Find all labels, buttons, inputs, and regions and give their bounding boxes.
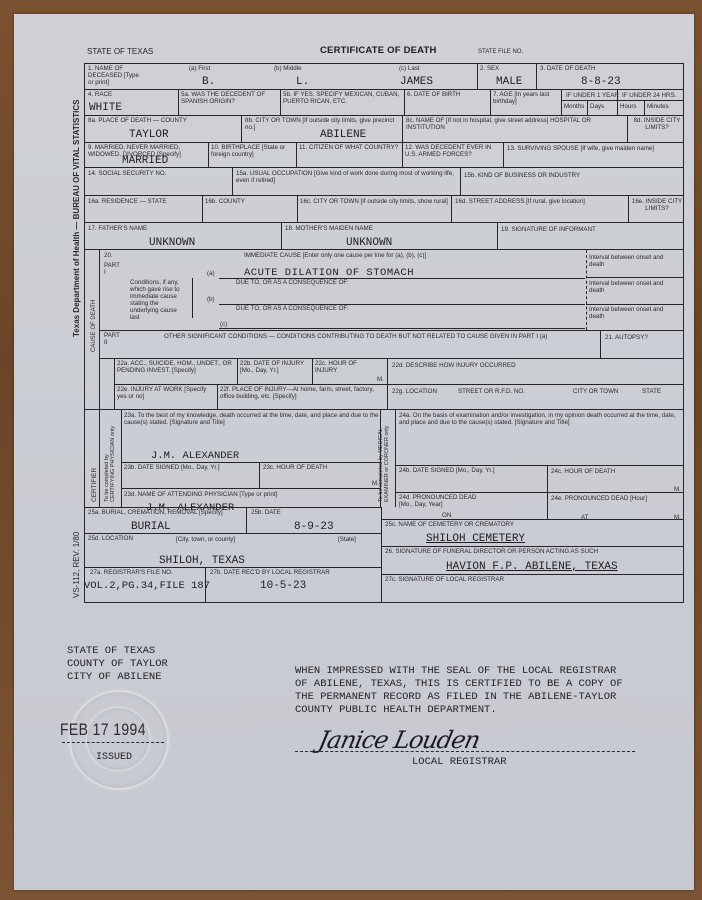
local-registrar-signature-label: 27c. SIGNATURE OF LOCAL REGISTRAR (385, 576, 504, 583)
disposition-label: 25a. BURIAL, CREMATION, REMOVAL [Specify… (88, 509, 223, 516)
under-1-year-label: IF UNDER 1 YEAR (566, 92, 619, 99)
disposition-date-label: 25b. DATE (251, 509, 281, 516)
registrar-file-no-value: VOL.2,PG.34,FILE 187 (84, 580, 210, 592)
form-revision: VS-112, REV. 1/80 (72, 532, 81, 598)
residence-city-label: 16c. CITY OR TOWN [If outside city limit… (300, 198, 448, 205)
certificate-paper: STATE OF TEXAS CERTIFICATE OF DEATH STAT… (14, 14, 694, 890)
cemetery-label: 25c. NAME OF CEMETERY OR CREMATORY (385, 521, 514, 528)
interval-label-a: Interval between onset and death (589, 254, 669, 268)
injury-hour-label: 22c. HOUR OF INJURY (315, 360, 365, 374)
part-2-label: PART II (104, 332, 122, 346)
business-label: 15b. KIND OF BUSINESS OR INDUSTRY (464, 172, 580, 179)
other-conditions-label: OTHER SIGNIFICANT CONDITIONS — CONDITION… (164, 333, 547, 340)
conditions-note: Conditions, if any, which gave rise to i… (130, 279, 188, 321)
certifier-hour-m: M. (372, 480, 379, 487)
father-name-value: UNKNOWN (149, 237, 195, 249)
disposition-date-value: 8-9-23 (294, 521, 334, 533)
page-title: CERTIFICATE OF DEATH (320, 45, 437, 56)
first-name-value: B. (202, 76, 215, 88)
immediate-cause-value: ACUTE DILATION OF STOMACH (244, 267, 414, 279)
county-value: TAYLOR (129, 129, 169, 141)
funeral-director-value: HAVION F.P. ABILENE, TEXAS (446, 561, 618, 573)
hours-label: Hours (620, 103, 637, 110)
injury-location-label: 22g. LOCATION (392, 388, 437, 395)
street-address-label: 16d. STREET ADDRESS [If rural, give loca… (455, 198, 585, 205)
last-name-value: JAMES (400, 76, 433, 88)
funeral-director-label: 26. SIGNATURE OF FUNERAL DIRECTOR OR PER… (385, 548, 598, 555)
under-24-hrs-label: IF UNDER 24 HRS. (622, 92, 676, 99)
local-registrar-label: LOCAL REGISTRAR (412, 756, 507, 769)
pronounced-on-label: ON (442, 512, 451, 519)
marital-status-value: MARRIED (122, 155, 168, 167)
ssn-label: 14. SOCIAL SECURITY NO. (88, 170, 166, 177)
location-label: 25d. LOCATION (88, 535, 133, 542)
registrar-signature: Janice Louden (316, 726, 482, 754)
location-state-hint: [State] (338, 536, 356, 543)
sex-value: MALE (496, 76, 522, 88)
state-file-no-label: STATE FILE NO. (478, 49, 523, 56)
due-to-label-1: DUE TO, OR AS A CONSEQUENCE OF: (236, 279, 349, 286)
residence-state-label: 16a. RESIDENCE — STATE (88, 198, 167, 205)
pronounced-dead-hour-label: 24e. PRONOUNCED DEAD [Hour] (551, 495, 647, 502)
disposition-value: BURIAL (131, 521, 171, 533)
autopsy-label: 21. AUTOPSY? (605, 334, 648, 341)
injury-state-label: STATE (642, 388, 661, 395)
injury-city-label: CITY OR TOWN (573, 388, 618, 395)
issued-date-underline (62, 742, 164, 743)
registrar-file-no-label: 27a. REGISTRAR'S FILE NO. (90, 569, 173, 576)
jurisdiction-county: COUNTY OF TAYLOR (67, 658, 168, 671)
injury-date-label: 22b. DATE OF INJURY [Mo., Day, Yr.] (240, 360, 310, 374)
line-a-label: (a) (207, 270, 215, 277)
certification-line-2: OF ABILENE, TEXAS, THIS IS CERTIFIED TO … (295, 678, 623, 691)
minutes-label: Minutes (647, 103, 669, 110)
certification-line-1: WHEN IMPRESSED WITH THE SEAL OF THE LOCA… (295, 665, 616, 678)
state-header: STATE OF TEXAS (87, 47, 153, 56)
mother-name-label: 18. MOTHER'S MAIDEN NAME (285, 225, 373, 232)
spanish-specify-label: 5b. IF YES, SPECIFY MEXICAN, CUBAN, PUER… (283, 91, 401, 105)
line-b-label: (b) (207, 296, 215, 303)
county-label: 8a. PLACE OF DEATH — COUNTY (88, 117, 187, 124)
location-city-hint: [City, town, or county] (176, 536, 235, 543)
jurisdiction-city: CITY OF ABILENE (67, 671, 162, 684)
certifier-hour-of-death-label: 23c. HOUR OF DEATH (263, 464, 327, 471)
first-name-label: (a) First (189, 65, 210, 72)
date-of-death-label: 3. DATE OF DEATH (540, 65, 595, 72)
spanish-origin-label: 5a. WAS THE DECEDENT OF SPANISH ORIGIN? (181, 91, 277, 105)
race-value: WHITE (89, 102, 122, 114)
pronounced-dead-date-label: 24d. PRONOUNCED DEAD [Mo., Day, Year] (399, 494, 489, 508)
armed-forces-label: 12. WAS DECEDENT EVER IN U.S. ARMED FORC… (405, 144, 501, 158)
interval-label-b: Interval between onset and death (589, 280, 669, 294)
sex-label: 2. SEX (480, 65, 499, 72)
hospital-label: 8c. NAME OF [If not in hospital, give st… (406, 117, 606, 131)
days-label: Days (590, 103, 604, 110)
informant-signature-label: 19. SIGNATURE OF INFORMANT (501, 226, 596, 233)
injury-hour-m: M. (377, 376, 384, 383)
residence-county-label: 16b. COUNTY (205, 198, 245, 205)
date-received-value: 10-5-23 (260, 580, 306, 592)
certification-line-4: COUNTY PUBLIC HEALTH DEPARTMENT. (295, 704, 497, 717)
middle-name-label: (b) Middle (274, 65, 302, 72)
injury-type-label: 22a. ACC., SUICIDE, HOM., UNDET., OR PEN… (117, 360, 235, 374)
name-label: 1. NAME OF DECEASED [Type or print] (88, 65, 143, 86)
certifier-date-signed-label: 23b. DATE SIGNED [Mo., Day, Yr.] (124, 464, 220, 471)
injury-at-work-label: 22e. INJURY AT WORK [Specify yes or no] (117, 386, 215, 400)
occupation-label: 15a. USUAL OCCUPATION [Give kind of work… (236, 170, 456, 184)
age-label: 7. AGE [In years last birthday] (493, 91, 553, 105)
citizenship-label: 11. CITIZEN OF WHAT COUNTRY? (299, 144, 399, 151)
race-label: 4. RACE (88, 91, 112, 98)
date-of-death-value: 8-8-23 (581, 76, 621, 88)
residence-inside-city-label: 16e. INSIDE CITY LIMITS? (631, 198, 683, 212)
inside-city-limits-label: 8d. INSIDE CITY LIMITS? (631, 117, 683, 131)
line-c-label: (c) (220, 321, 227, 328)
injury-place-label: 22f. PLACE OF INJURY—At home, farm, stre… (220, 386, 385, 400)
injury-street-label: STREET OR R.F.D. NO. (458, 388, 525, 395)
mother-name-value: UNKNOWN (346, 237, 392, 249)
examiner-date-signed-label: 24b. DATE SIGNED [Mo., Day, Yr.] (399, 467, 495, 474)
date-received-label: 27b. DATE REC'D BY LOCAL REGISTRAR (210, 569, 330, 576)
cemetery-value: SHILOH CEMETERY (426, 533, 525, 545)
injury-description-label: 22d. DESCRIBE HOW INJURY OCCURRED (392, 362, 516, 369)
location-value: SHILOH, TEXAS (159, 555, 245, 567)
bureau-side-text: Texas Department of Health — BUREAU OF V… (72, 99, 81, 337)
item-20-label: 20. (104, 252, 113, 259)
interval-label-c: Interval between onset and death (589, 306, 669, 320)
due-to-label-2: DUE TO, OR AS A CONSEQUENCE OF: (236, 305, 349, 312)
certification-line-3: THE PERMANENT RECORD AS FILED IN THE ABI… (295, 691, 616, 704)
city-value: ABILENE (320, 129, 366, 141)
birthplace-label: 10. BIRTHPLACE [State or foreign country… (211, 144, 293, 158)
middle-name-value: L. (296, 76, 309, 88)
certifier-statement-label: 23a. To the best of my knowledge, death … (124, 412, 379, 426)
surviving-spouse-label: 13. SURVIVING SPOUSE [If wife, give maid… (507, 145, 654, 152)
last-name-label: (c) Last (399, 65, 420, 72)
part-1-label: PART I (104, 262, 122, 276)
attending-physician-label: 23d. NAME OF ATTENDING PHYSICIAN [Type o… (124, 491, 277, 498)
jurisdiction-state: STATE OF TEXAS (67, 645, 155, 658)
immediate-cause-label: IMMEDIATE CAUSE [Enter only one cause pe… (244, 252, 426, 259)
examiner-statement-label: 24a. On the basis of examination and/or … (399, 412, 679, 426)
date-of-birth-label: 6. DATE OF BIRTH (407, 91, 460, 98)
issued-date-stamp: FEB 17 1994 (60, 720, 146, 740)
months-label: Months (564, 103, 584, 110)
certifier-signature-value: J.M. ALEXANDER (151, 450, 239, 462)
issued-label: ISSUED (96, 751, 132, 764)
examiner-hour-of-death-label: 24c. HOUR OF DEATH (551, 468, 615, 475)
father-name-label: 17. FATHER'S NAME (88, 225, 147, 232)
